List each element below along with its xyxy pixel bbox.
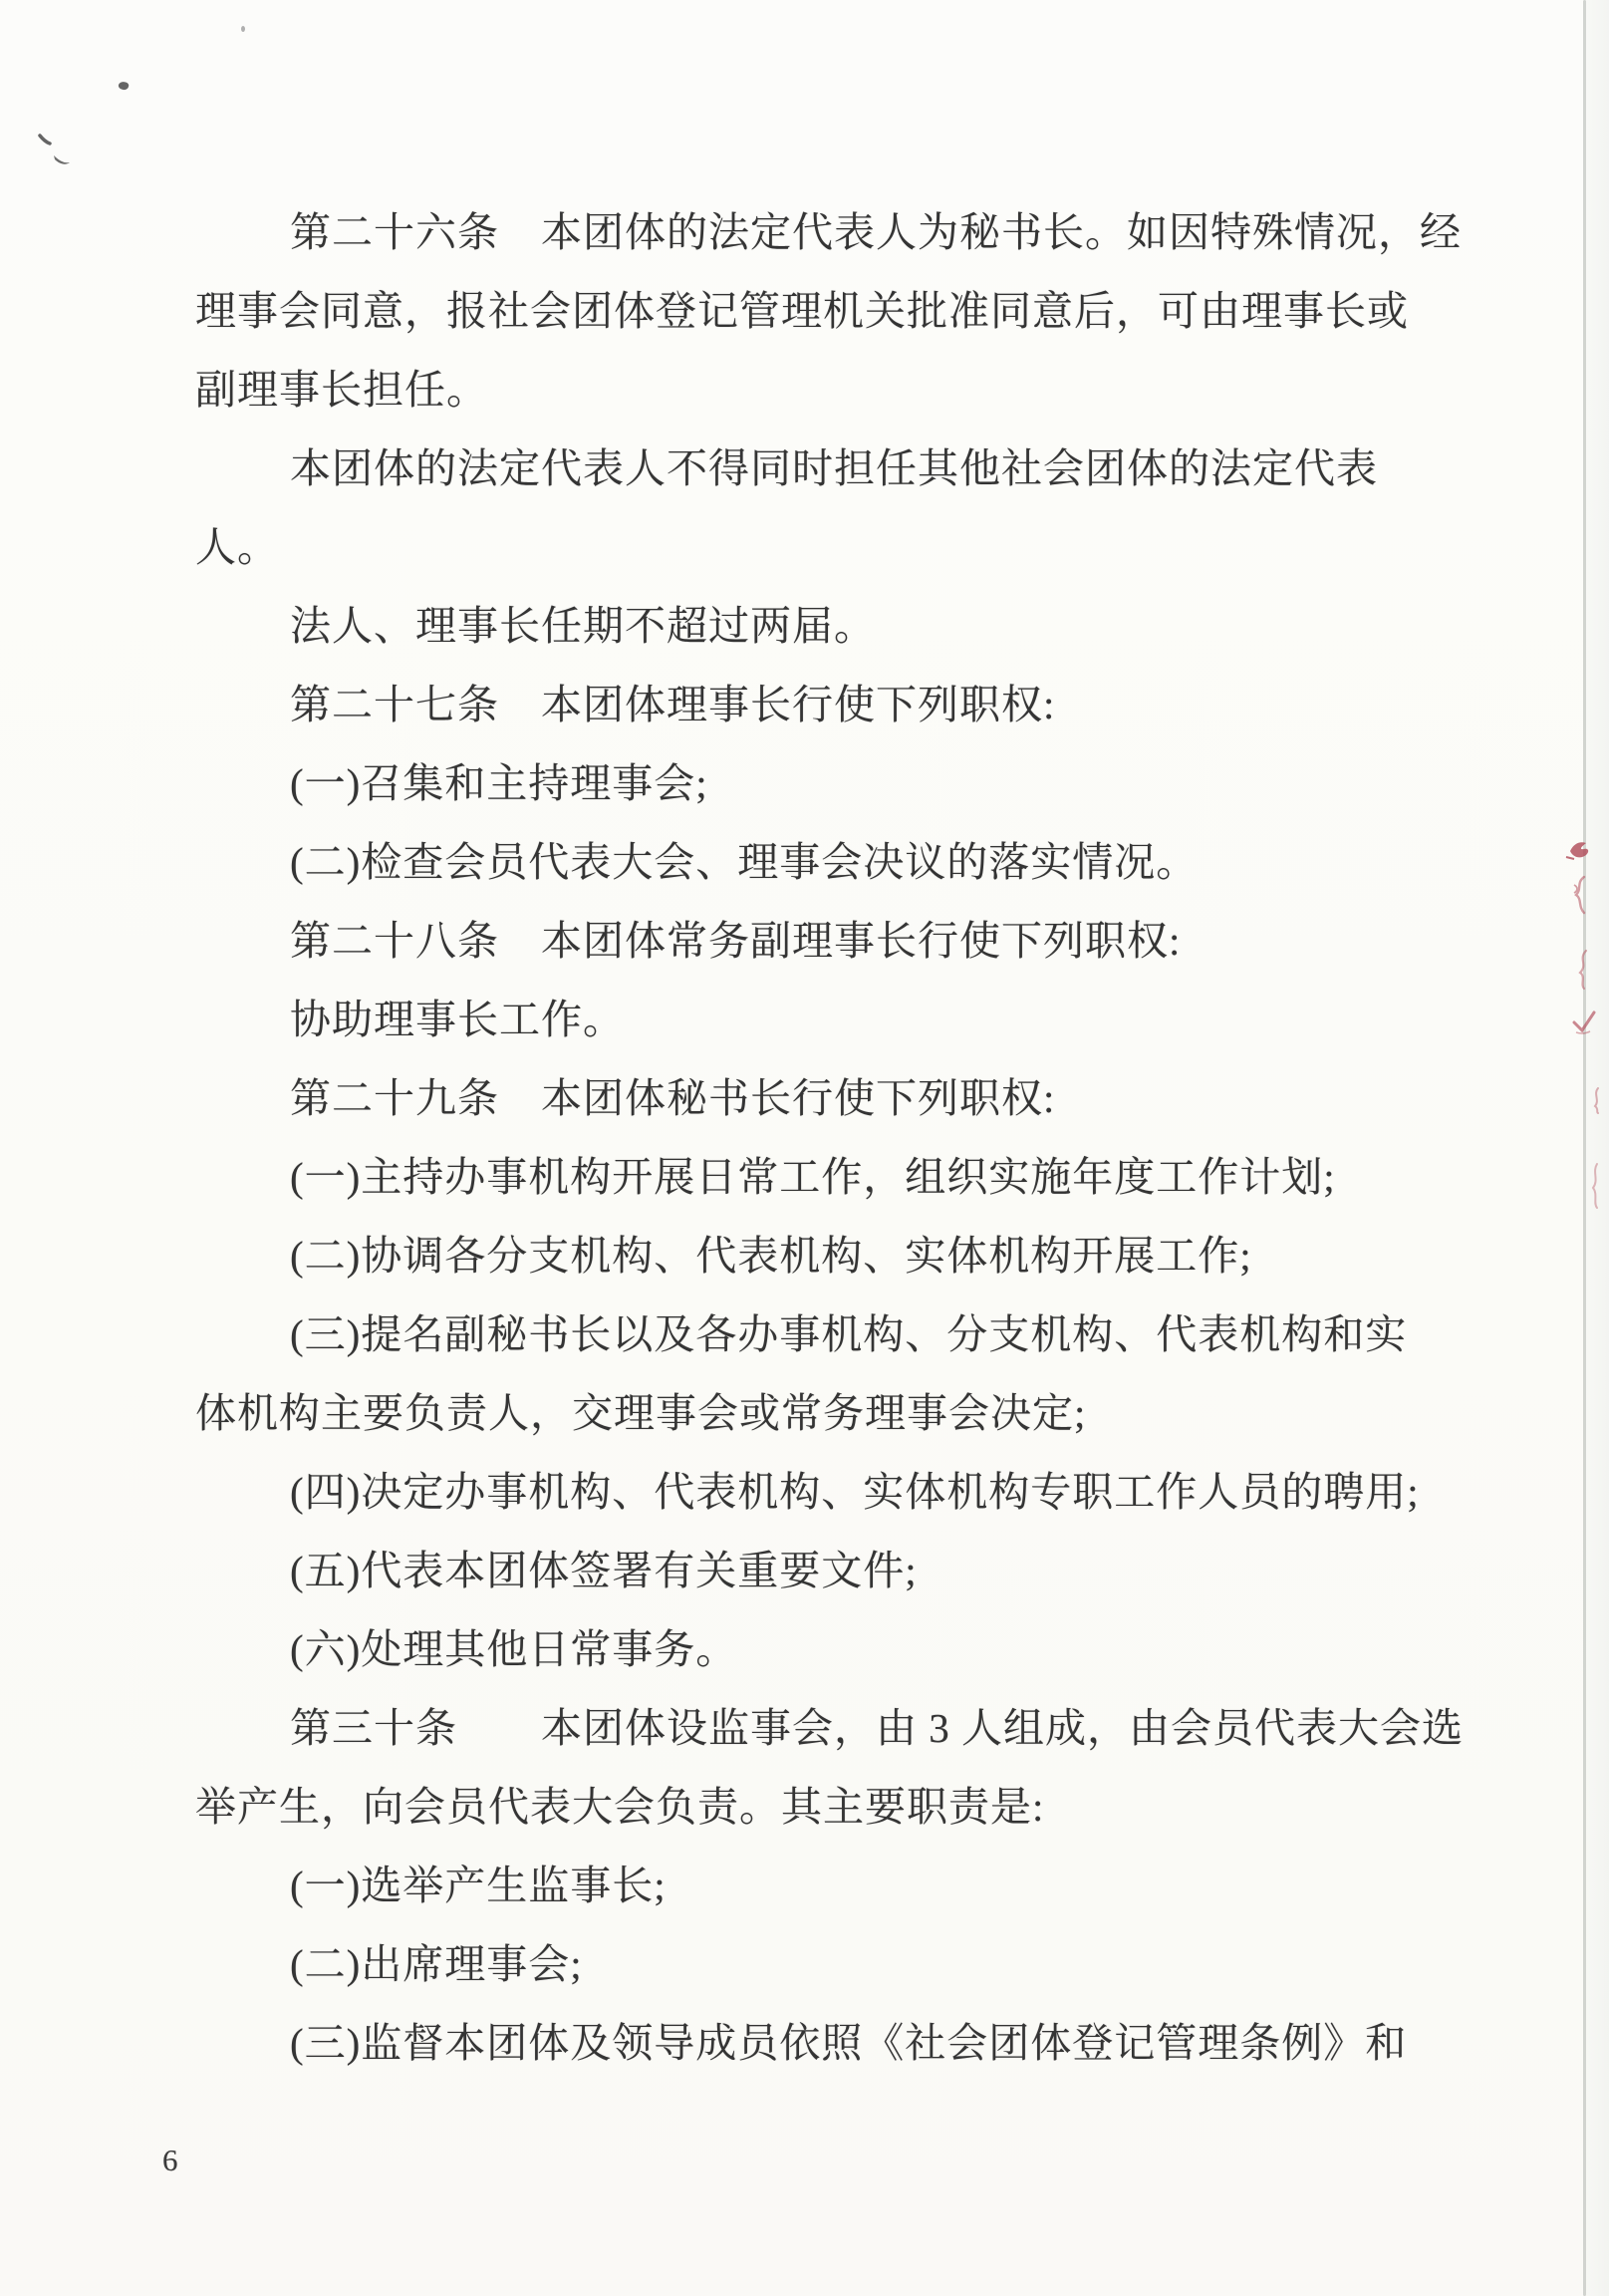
page-number: 6: [162, 2143, 178, 2178]
text-line: 第二十八条 本团体常务副理事长行使下列职权:: [290, 920, 1181, 963]
text-line: (二)检查会员代表大会、理事会决议的落实情况。: [290, 841, 1198, 884]
page-edge-shadow: [1586, 0, 1609, 2296]
scan-speck: [241, 26, 245, 32]
text-line: (一)召集和主持理事会;: [290, 762, 708, 805]
text-line: 本团体的法定代表人不得同时担任其他社会团体的法定代表: [290, 447, 1378, 490]
text-line: 第二十六条 本团体的法定代表人为秘书长。如因特殊情况，经: [290, 211, 1462, 254]
text-line: 人。: [195, 526, 279, 569]
text-line: (六)处理其他日常事务。: [290, 1628, 737, 1671]
text-line: (二)协调各分支机构、代表机构、实体机构开展工作;: [290, 1235, 1252, 1278]
scanned-document-page: 第二十六条 本团体的法定代表人为秘书长。如因特殊情况，经理事会同意，报社会团体登…: [0, 0, 1609, 2296]
text-line: (三)提名副秘书长以及各办事机构、分支机构、代表机构和实: [290, 1313, 1407, 1356]
text-line: 副理事长担任。: [195, 369, 488, 412]
text-line: 法人、理事长任期不超过两届。: [290, 605, 876, 648]
text-line: 协助理事长工作。: [290, 999, 625, 1041]
scan-speck: [36, 132, 76, 173]
text-line: 举产生，向会员代表大会负责。其主要职责是:: [195, 1786, 1044, 1829]
text-line: 体机构主要负责人，交理事会或常务理事会决定;: [195, 1392, 1086, 1435]
text-line: 理事会同意，报社会团体登记管理机关批准同意后，可由理事长或: [195, 290, 1409, 333]
text-line: (五)代表本团体签署有关重要文件;: [290, 1550, 918, 1592]
page-edge-line: [1583, 0, 1586, 2296]
text-line: 第二十九条 本团体秘书长行使下列职权:: [290, 1077, 1055, 1120]
text-line: (一)主持办事机构开展日常工作，组织实施年度工作计划;: [290, 1156, 1336, 1199]
scan-speck: [118, 81, 130, 92]
text-line: (四)决定办事机构、代表机构、实体机构专职工作人员的聘用;: [290, 1471, 1420, 1514]
text-line: (三)监督本团体及领导成员依照《社会团体登记管理条例》和: [290, 2022, 1407, 2065]
text-line: (二)出席理事会;: [290, 1943, 583, 1986]
text-line: 第三十条 本团体设监事会，由 3 人组成，由会员代表大会选: [290, 1707, 1464, 1750]
text-line: 第二十七条 本团体理事长行使下列职权:: [290, 684, 1055, 726]
text-line: (一)选举产生监事长;: [290, 1865, 667, 1907]
